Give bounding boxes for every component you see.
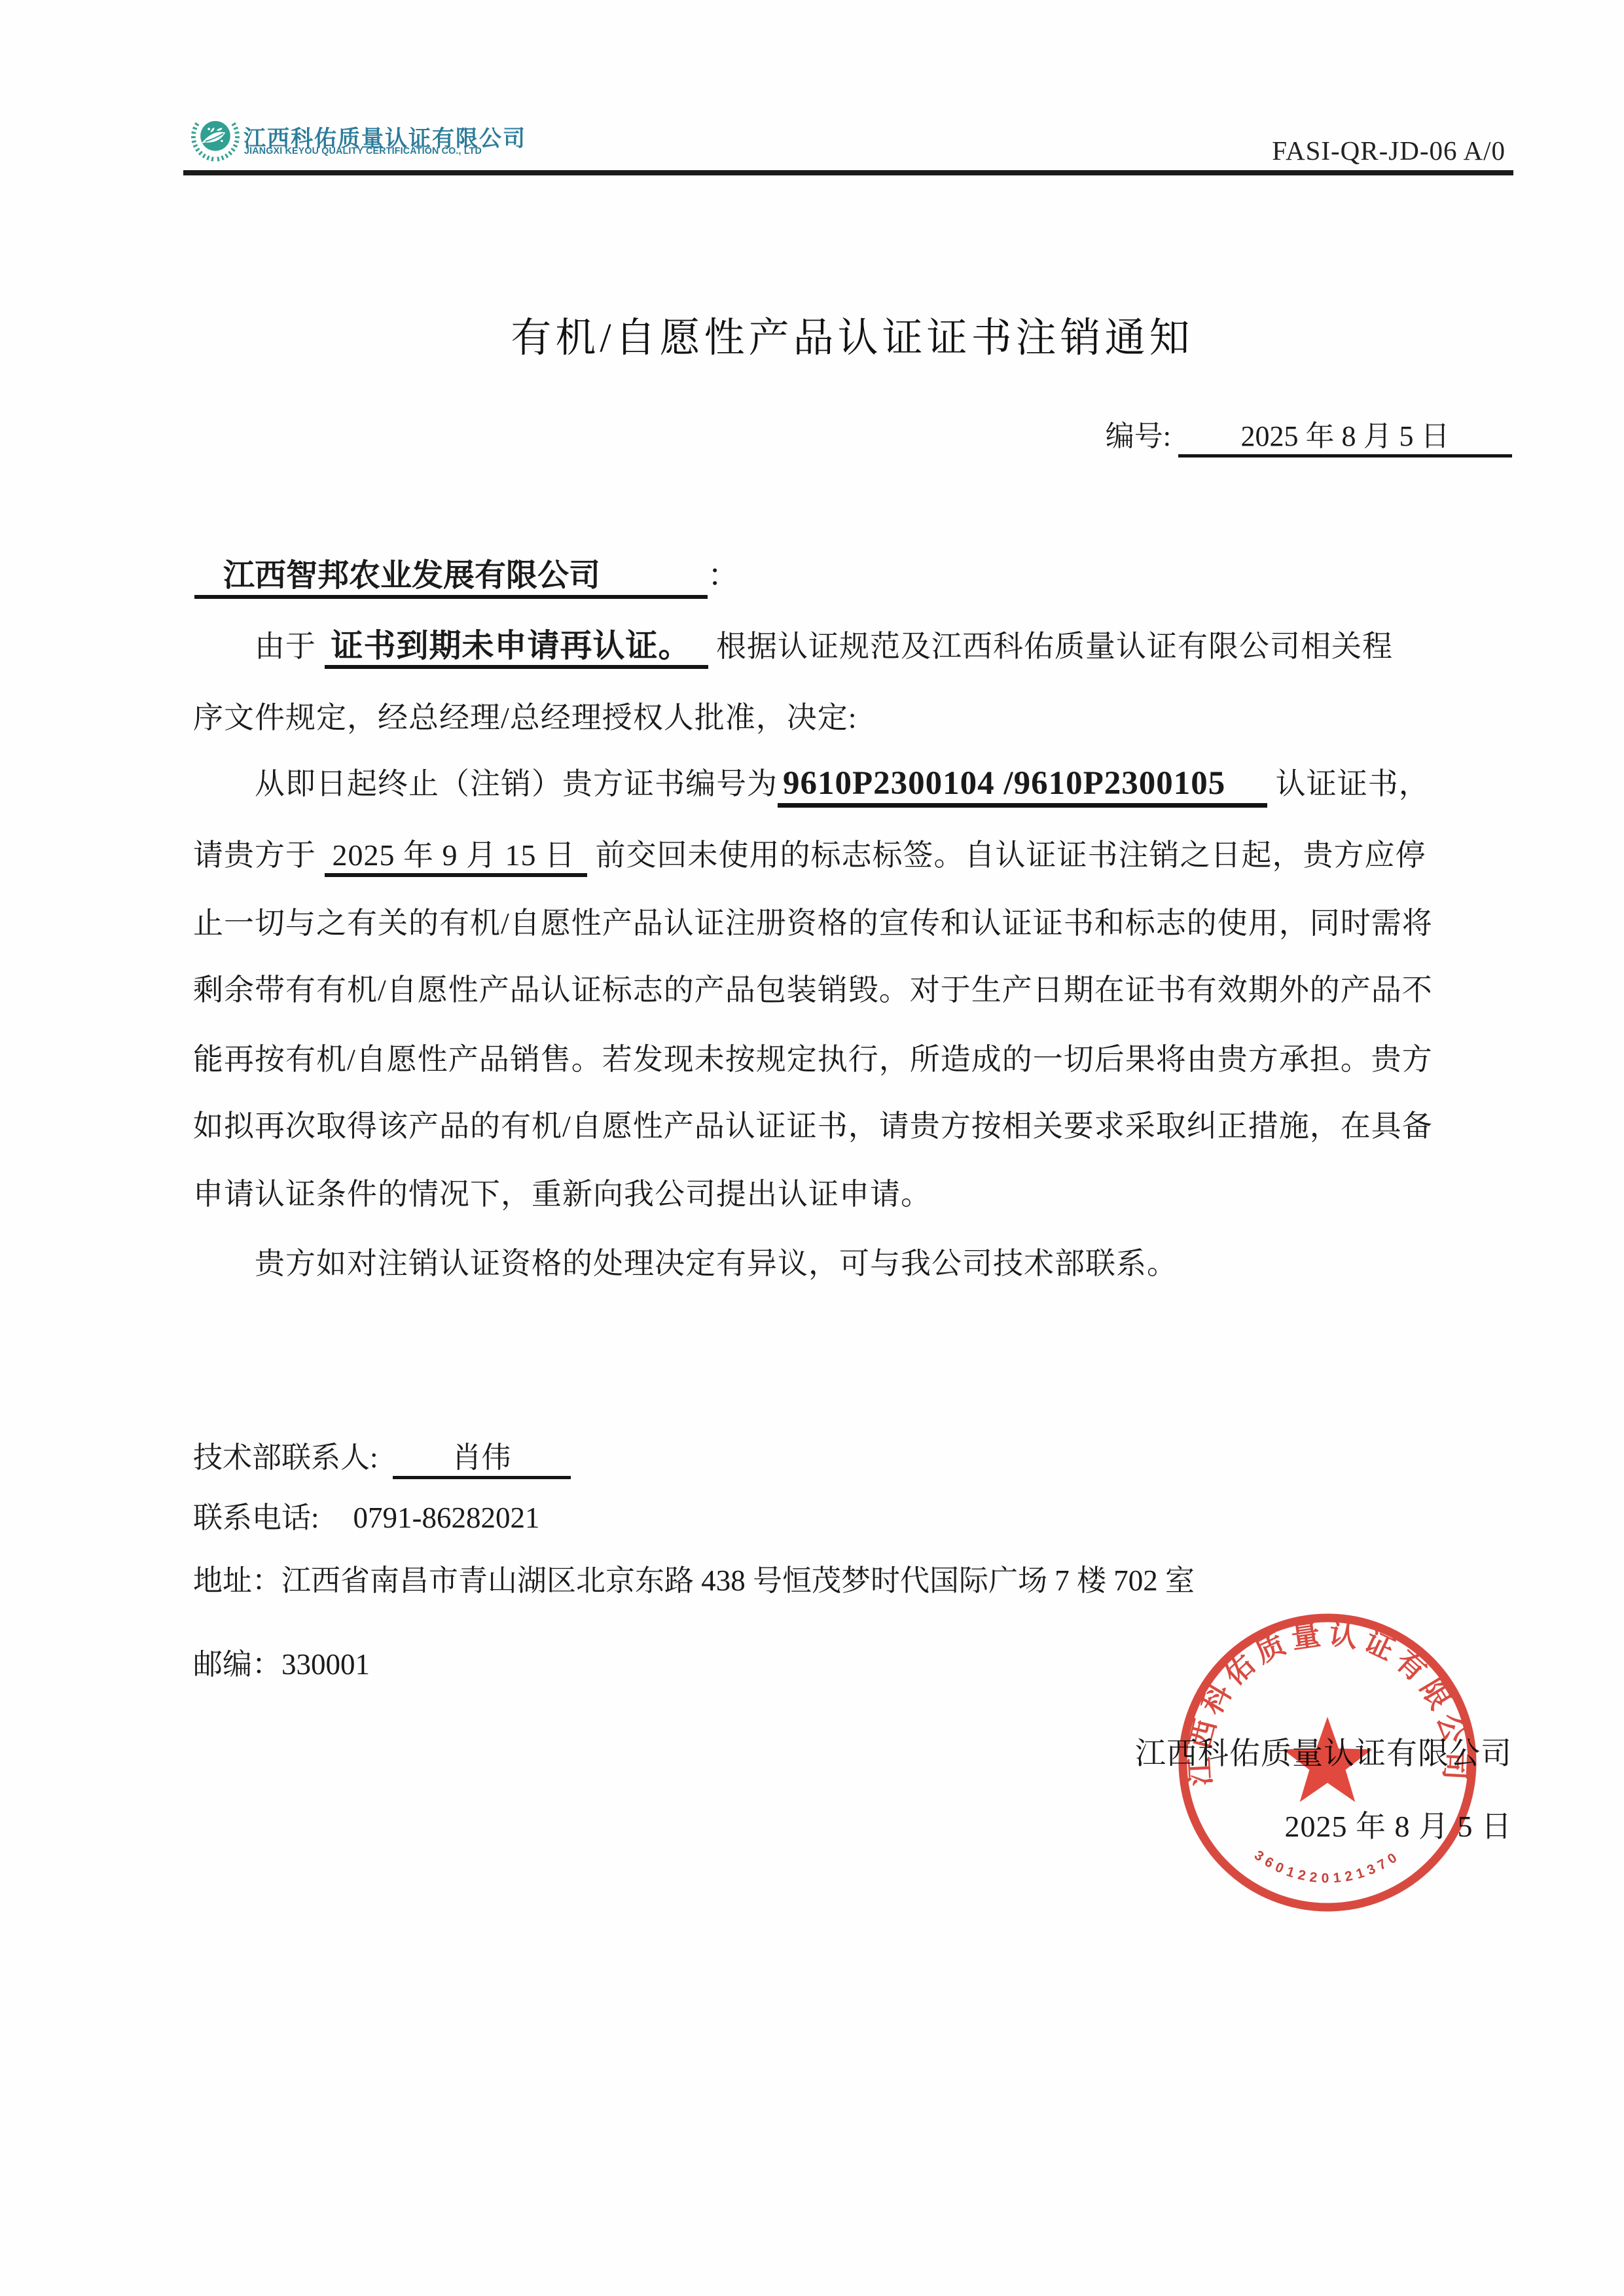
contact-phone-line: 联系电话:0791-86282021 xyxy=(193,1494,540,1536)
contact-phone-label: 联系电话: xyxy=(193,1501,319,1534)
header-rule xyxy=(183,170,1513,175)
doc-number-label: 编号: xyxy=(1106,420,1171,452)
contact-phone-value: 0791-86282021 xyxy=(353,1501,540,1534)
body-line-3-post: 认证证书， xyxy=(1267,767,1430,800)
body-line-3: 从即日起终止（注销）贵方证书编号为9610P2300104 /9610P2300… xyxy=(193,763,1430,804)
contact-person-value: 肖伟 xyxy=(393,1433,571,1479)
body-line-8: 如拟再次取得该产品的有机/自愿性产品认证证书，请贵方按相关要求采取纠正措施，在具… xyxy=(193,1106,1433,1147)
reason-underlined: 证书到期未申请再认证。 xyxy=(325,628,708,669)
seal-star-icon xyxy=(1283,1717,1373,1802)
body-line-3-pre: 从即日起终止（注销）贵方证书编号为 xyxy=(255,767,778,800)
contact-person-line: 技术部联系人:肖伟 xyxy=(193,1433,571,1479)
doc-number-value: 2025 年 8 月 5 日 xyxy=(1178,412,1512,457)
body-line-2: 序文件规定，经总经理/总经理授权人批准，决定: xyxy=(193,698,857,738)
body-line-1-pre: 由于 xyxy=(255,630,325,663)
addressee-colon: ： xyxy=(708,558,739,593)
body-line-1-post: 根据认证规范及江西科佑质量认证有限公司相关程 xyxy=(708,630,1394,663)
company-logo-name-en: JIANGXI KEYOU QUALITY CERTIFICATION CO.,… xyxy=(244,145,482,156)
body-line-5: 止一切与之有关的有机/自愿性产品认证注册资格的宣传和认证证书和标志的使用，同时需… xyxy=(193,903,1433,944)
contact-zip-value: 330001 xyxy=(281,1648,370,1681)
contact-address-label: 地址： xyxy=(193,1564,281,1597)
document-page: 江西科佑质量认证有限公司 JIANGXI KEYOU QUALITY CERTI… xyxy=(0,0,1624,2296)
body-line-1: 由于 证书到期未申请再认证。 根据认证规范及江西科佑质量认证有限公司相关程 xyxy=(193,626,1393,667)
company-logo-emblem-icon xyxy=(190,113,240,162)
return-date-underlined: 2025 年 9 月 15 日 xyxy=(325,838,588,877)
body-line-6: 剩余带有有机/自愿性产品认证标志的产品包装销毁。对于生产日期在证书有效期外的产品… xyxy=(193,970,1433,1011)
contact-zip-line: 邮编：330001 xyxy=(193,1640,370,1683)
contact-address-value: 江西省南昌市青山湖区北京东路 438 号恒茂梦时代国际广场 7 楼 702 室 xyxy=(281,1564,1195,1597)
contact-zip-label: 邮编： xyxy=(193,1648,281,1681)
body-line-4-post: 前交回未使用的标志标签。自认证证书注销之日起，贵方应停 xyxy=(587,838,1426,872)
seal-icon: 江西科佑质量认证有限公司 3601220121370 xyxy=(1174,1609,1481,1916)
document-code: FASI-QR-JD-06 A/0 xyxy=(1272,135,1506,166)
laurel-wreath-icon xyxy=(190,113,240,162)
svg-text:3601220121370: 3601220121370 xyxy=(1252,1848,1403,1886)
body-line-4: 请贵方于 2025 年 9 月 15 日 前交回未使用的标志标签。自认证证书注销… xyxy=(193,835,1426,876)
doc-number-line: 编号: 2025 年 8 月 5 日 xyxy=(1106,412,1512,457)
company-seal-stamp: 江西科佑质量认证有限公司 3601220121370 xyxy=(1174,1609,1481,1916)
page-title: 有机/自愿性产品认证证书注销通知 xyxy=(511,305,1193,363)
body-paragraph-3: 贵方如对注销认证资格的处理决定有异议，可与我公司技术部联系。 xyxy=(193,1244,1178,1284)
certificate-numbers-underlined: 9610P2300104 /9610P2300105 xyxy=(778,765,1267,808)
body-line-4-pre: 请贵方于 xyxy=(193,838,325,872)
body-line-9: 申请认证条件的情况下，重新向我公司提出认证申请。 xyxy=(193,1174,931,1215)
contact-person-label: 技术部联系人: xyxy=(193,1441,378,1474)
seal-code-text: 3601220121370 xyxy=(1252,1848,1403,1886)
body-line-7: 能再按有机/自愿性产品销售。若发现未按规定执行，所造成的一切后果将由贵方承担。贵… xyxy=(193,1039,1433,1080)
addressee-company: 江西智邦农业发展有限公司 xyxy=(194,550,708,599)
contact-address-line: 地址：江西省南昌市青山湖区北京东路 438 号恒茂梦时代国际广场 7 楼 702… xyxy=(193,1556,1195,1599)
addressee-line: 江西智邦农业发展有限公司： xyxy=(194,550,739,599)
